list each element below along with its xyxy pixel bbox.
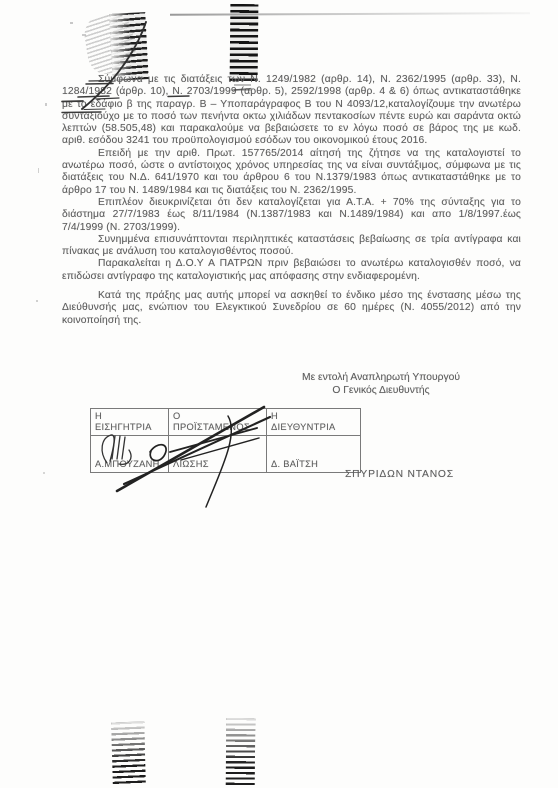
signoff-by-order: Με εντολή Αναπληρωτή Υπουργού bbox=[296, 371, 466, 384]
signoff-general-director: Ο Γενικός Διευθυντής bbox=[296, 384, 466, 397]
header-cell-rapporteur: Η ΕΙΣΗΓΗΤΡΙΑ bbox=[91, 409, 169, 436]
scan-streak-top-line bbox=[170, 12, 530, 15]
header-cell-supervisor: Ο ΠΡΟΪΣΤΑΜΕΝΟΣ bbox=[169, 409, 267, 436]
scan-speck bbox=[43, 472, 45, 474]
header-title: ΠΡΟΪΣΤΑΜΕΝΟΣ bbox=[173, 422, 250, 432]
signature-table-names-row: Α.ΜΠΟΥΖΑΝΗ ΛΙΩΣΗΣ Δ. ΒΑΪΤΣΗ bbox=[91, 436, 361, 473]
header-article: Ο bbox=[173, 411, 181, 421]
binding-mark-bottom-left bbox=[111, 722, 146, 785]
scan-smudge-top-left bbox=[82, 12, 138, 77]
paragraph-legal-basis: Σύμφωνα με τις διατάξεις των Ν. 1249/198… bbox=[62, 74, 521, 148]
header-title: ΔΙΕΥΘΥΝΤΡΙΑ bbox=[271, 422, 335, 432]
header-cell-director: Η ΔΙΕΥΘΥΝΤΡΙΑ bbox=[267, 409, 361, 436]
header-article: Η bbox=[95, 411, 102, 421]
letter-body: Σύμφωνα με τις διατάξεις των Ν. 1249/198… bbox=[62, 74, 521, 327]
binding-mark-bottom-center bbox=[226, 718, 256, 788]
scan-speck bbox=[36, 300, 38, 302]
paragraph-clarification: Επιπλέον διευκρινίζεται ότι δεν καταλογί… bbox=[62, 197, 521, 234]
paragraph-request: Επειδή με την αριθ. Πρωτ. 157765/2014 αί… bbox=[62, 148, 521, 197]
binding-mark-top-left bbox=[109, 12, 148, 81]
name-cell-director: Δ. ΒΑΪΤΣΗ bbox=[267, 436, 361, 473]
scan-speck bbox=[38, 168, 39, 173]
signature-table: Η ΕΙΣΗΓΗΤΡΙΑ Ο ΠΡΟΪΣΤΑΜΕΝΟΣ Η ΔΙΕΥΘΥΝΤΡΙ… bbox=[90, 408, 361, 473]
paragraph-attachments: Συνημμένα επισυνάπτονται περιληπτικές κα… bbox=[62, 234, 521, 259]
name-cell-rapporteur: Α.ΜΠΟΥΖΑΝΗ bbox=[91, 436, 169, 473]
binding-mark-top-center bbox=[230, 4, 259, 81]
name-cell-supervisor: ΛΙΩΣΗΣ bbox=[169, 436, 267, 473]
paragraph-doy-instruction: Παρακαλείται η Δ.Ο.Υ Α ΠΑΤΡΩΝ πριν βεβαι… bbox=[62, 258, 521, 283]
scan-speck bbox=[82, 34, 86, 36]
signoff-block: Με εντολή Αναπληρωτή Υπουργού Ο Γενικός … bbox=[296, 371, 466, 397]
signature-table-header-row: Η ΕΙΣΗΓΗΤΡΙΑ Ο ΠΡΟΪΣΤΑΜΕΝΟΣ Η ΔΙΕΥΘΥΝΤΡΙ… bbox=[91, 409, 361, 436]
paragraph-appeal-rights: Κατά της πράξης μας αυτής μπορεί να ασκη… bbox=[62, 290, 521, 327]
scanned-document-page: Σύμφωνα με τις διατάξεις των Ν. 1249/198… bbox=[0, 0, 558, 788]
header-article: Η bbox=[271, 411, 278, 421]
signatory-name: ΣΠΥΡΙΔΩΝ ΝΤΑΝΟΣ bbox=[345, 469, 454, 480]
scan-speck bbox=[45, 103, 47, 106]
scan-speck bbox=[70, 22, 73, 24]
header-title: ΕΙΣΗΓΗΤΡΙΑ bbox=[95, 422, 152, 432]
